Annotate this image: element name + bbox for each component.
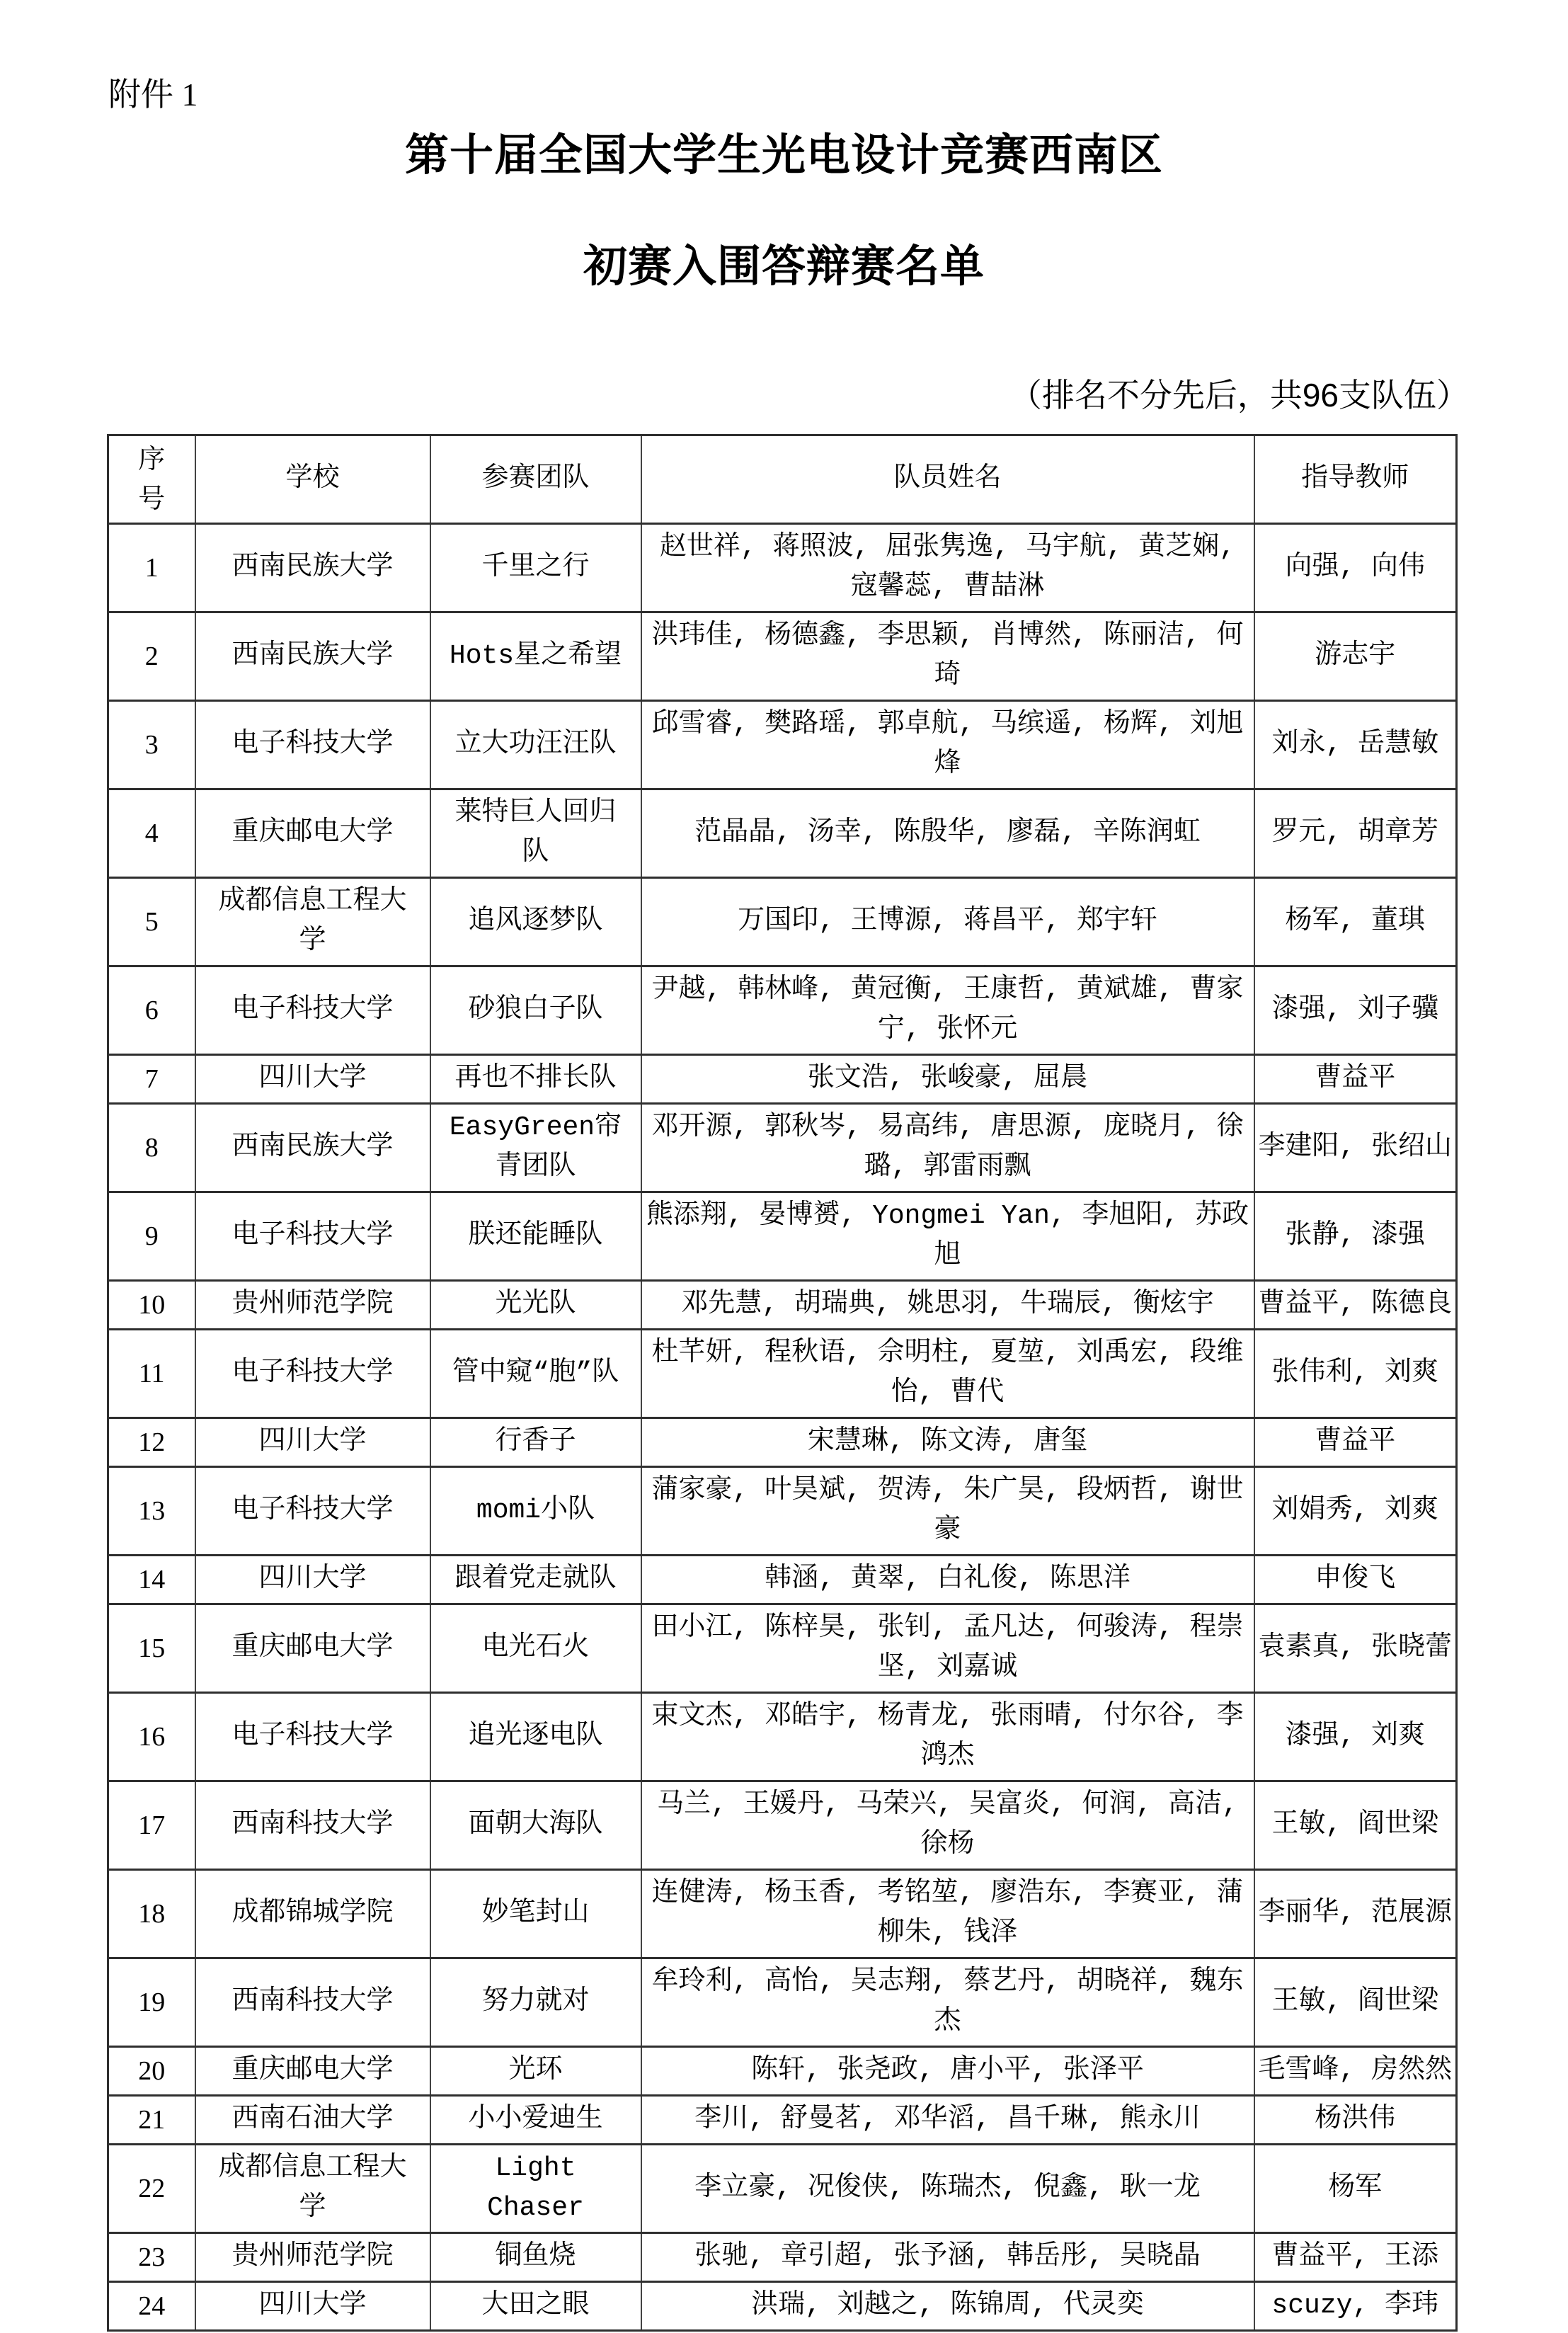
cell-school: 西南石油大学 bbox=[195, 2096, 430, 2145]
cell-advisors: 罗元, 胡章芳 bbox=[1254, 789, 1457, 878]
teams-table: 序号 学校 参赛团队 队员姓名 指导教师 1 西南民族大学 千里之行 赵世祥, … bbox=[107, 434, 1458, 2332]
cell-member-names: 蒲家豪, 叶昊斌, 贺涛, 朱广昊, 段炳哲, 谢世豪 bbox=[641, 1467, 1254, 1556]
table-row: 9 电子科技大学 朕还能睡队 熊添翔, 晏博赟, Yongmei Yan, 李旭… bbox=[108, 1192, 1457, 1281]
cell-team-name: Hots星之希望 bbox=[430, 612, 641, 701]
cell-row-number: 1 bbox=[108, 524, 195, 612]
cell-school: 电子科技大学 bbox=[195, 1693, 430, 1781]
cell-team-name: 光光队 bbox=[430, 1281, 641, 1330]
cell-row-number: 13 bbox=[108, 1467, 195, 1556]
cell-member-names: 马兰, 王媛丹, 马荣兴, 吴富炎, 何润, 高洁, 徐杨 bbox=[641, 1781, 1254, 1870]
cell-school: 四川大学 bbox=[195, 1418, 430, 1467]
cell-member-names: 洪瑞, 刘越之, 陈锦周, 代灵奕 bbox=[641, 2282, 1254, 2331]
cell-advisors: 毛雪峰, 房然然 bbox=[1254, 2047, 1457, 2096]
cell-member-names: 洪玮佳, 杨德鑫, 李思颖, 肖博然, 陈丽洁, 何琦 bbox=[641, 612, 1254, 701]
cell-school: 西南民族大学 bbox=[195, 524, 430, 612]
cell-school: 重庆邮电大学 bbox=[195, 2047, 430, 2096]
cell-member-names: 邓开源, 郭秋岑, 易高纬, 唐思源, 庞晓月, 徐璐, 郭雷雨飘 bbox=[641, 1104, 1254, 1192]
cell-member-names: 张文浩, 张峻豪, 屈晨 bbox=[641, 1055, 1254, 1104]
cell-team-name: 莱特巨人回归队 bbox=[430, 789, 641, 878]
cell-school: 西南科技大学 bbox=[195, 1958, 430, 2047]
table-row: 7 四川大学 再也不排长队 张文浩, 张峻豪, 屈晨 曹益平 bbox=[108, 1055, 1457, 1104]
cell-row-number: 8 bbox=[108, 1104, 195, 1192]
column-header-team: 参赛团队 bbox=[430, 435, 641, 524]
cell-team-name: momi小队 bbox=[430, 1467, 641, 1556]
cell-team-name: 妙笔封山 bbox=[430, 1870, 641, 1958]
cell-row-number: 19 bbox=[108, 1958, 195, 2047]
attachment-label: 附件 1 bbox=[108, 0, 1568, 114]
cell-row-number: 14 bbox=[108, 1556, 195, 1604]
cell-school: 电子科技大学 bbox=[195, 701, 430, 789]
cell-member-names: 尹越, 韩林峰, 黄冠衡, 王康哲, 黄斌雄, 曹家宁, 张怀元 bbox=[641, 966, 1254, 1055]
cell-school: 电子科技大学 bbox=[195, 1467, 430, 1556]
page-subtitle: 初赛入围答辩赛名单 bbox=[0, 242, 1568, 292]
cell-team-name: Light Chaser bbox=[430, 2145, 641, 2233]
column-header-no-label: 序号 bbox=[137, 440, 166, 519]
cell-row-number: 23 bbox=[108, 2233, 195, 2282]
cell-team-name: 砂狼白子队 bbox=[430, 966, 641, 1055]
cell-member-names: 赵世祥, 蒋照波, 屈张隽逸, 马宇航, 黄芝娴, 寇馨蕊, 曹喆淋 bbox=[641, 524, 1254, 612]
cell-row-number: 24 bbox=[108, 2282, 195, 2331]
cell-advisors: scuzy, 李玮 bbox=[1254, 2282, 1457, 2331]
cell-team-name: 面朝大海队 bbox=[430, 1781, 641, 1870]
table-row: 5 成都信息工程大学 追风逐梦队 万国印, 王博源, 蒋昌平, 郑宇轩 杨军, … bbox=[108, 878, 1457, 966]
cell-team-name: 立大功汪汪队 bbox=[430, 701, 641, 789]
cell-school: 重庆邮电大学 bbox=[195, 1604, 430, 1693]
table-row: 10 贵州师范学院 光光队 邓先慧, 胡瑞典, 姚思羽, 牛瑞辰, 衡炫宇 曹益… bbox=[108, 1281, 1457, 1330]
cell-advisors: 王敏, 阎世梁 bbox=[1254, 1781, 1457, 1870]
table-row: 19 西南科技大学 努力就对 牟玲利, 高怡, 吴志翔, 蔡艺丹, 胡晓祥, 魏… bbox=[108, 1958, 1457, 2047]
cell-advisors: 张静, 漆强 bbox=[1254, 1192, 1457, 1281]
cell-member-names: 范晶晶, 汤幸, 陈殷华, 廖磊, 辛陈润虹 bbox=[641, 789, 1254, 878]
cell-advisors: 杨洪伟 bbox=[1254, 2096, 1457, 2145]
table-row: 20 重庆邮电大学 光环 陈轩, 张尧政, 唐小平, 张泽平 毛雪峰, 房然然 bbox=[108, 2047, 1457, 2096]
cell-school: 成都锦城学院 bbox=[195, 1870, 430, 1958]
cell-row-number: 18 bbox=[108, 1870, 195, 1958]
cell-team-name: 行香子 bbox=[430, 1418, 641, 1467]
cell-team-name: EasyGreen帘青团队 bbox=[430, 1104, 641, 1192]
cell-member-names: 李立豪, 况俊侠, 陈瑞杰, 倪鑫, 耿一龙 bbox=[641, 2145, 1254, 2233]
cell-team-name: 小小爱迪生 bbox=[430, 2096, 641, 2145]
cell-team-name: 追风逐梦队 bbox=[430, 878, 641, 966]
cell-row-number: 6 bbox=[108, 966, 195, 1055]
table-row: 18 成都锦城学院 妙笔封山 连健涛, 杨玉香, 考铭堃, 廖浩东, 李赛亚, … bbox=[108, 1870, 1457, 1958]
cell-row-number: 2 bbox=[108, 612, 195, 701]
cell-row-number: 4 bbox=[108, 789, 195, 878]
table-body: 1 西南民族大学 千里之行 赵世祥, 蒋照波, 屈张隽逸, 马宇航, 黄芝娴, … bbox=[108, 524, 1457, 2331]
cell-member-names: 熊添翔, 晏博赟, Yongmei Yan, 李旭阳, 苏政旭 bbox=[641, 1192, 1254, 1281]
cell-advisors: 向强, 向伟 bbox=[1254, 524, 1457, 612]
cell-member-names: 束文杰, 邓皓宇, 杨青龙, 张雨晴, 付尔谷, 李鸿杰 bbox=[641, 1693, 1254, 1781]
cell-member-names: 邓先慧, 胡瑞典, 姚思羽, 牛瑞辰, 衡炫宇 bbox=[641, 1281, 1254, 1330]
table-row: 24 四川大学 大田之眼 洪瑞, 刘越之, 陈锦周, 代灵奕 scuzy, 李玮 bbox=[108, 2282, 1457, 2331]
cell-advisors: 曹益平, 王添 bbox=[1254, 2233, 1457, 2282]
cell-team-name: 光环 bbox=[430, 2047, 641, 2096]
column-header-members: 队员姓名 bbox=[641, 435, 1254, 524]
document-page: 附件 1 第十届全国大学生光电设计竞赛西南区 初赛入围答辩赛名单 （排名不分先后… bbox=[0, 0, 1568, 2332]
cell-member-names: 张驰, 章引超, 张予涵, 韩岳彤, 吴晓晶 bbox=[641, 2233, 1254, 2282]
team-count-note: （排名不分先后，共96支队伍） bbox=[0, 375, 1469, 416]
cell-team-name: 再也不排长队 bbox=[430, 1055, 641, 1104]
cell-member-names: 韩涵, 黄翠, 白礼俊, 陈思洋 bbox=[641, 1556, 1254, 1604]
table-row: 14 四川大学 跟着党走就队 韩涵, 黄翠, 白礼俊, 陈思洋 申俊飞 bbox=[108, 1556, 1457, 1604]
cell-member-names: 万国印, 王博源, 蒋昌平, 郑宇轩 bbox=[641, 878, 1254, 966]
column-header-advisors: 指导教师 bbox=[1254, 435, 1457, 524]
cell-school: 四川大学 bbox=[195, 2282, 430, 2331]
cell-row-number: 9 bbox=[108, 1192, 195, 1281]
cell-team-name: 跟着党走就队 bbox=[430, 1556, 641, 1604]
table-row: 12 四川大学 行香子 宋慧琳, 陈文涛, 唐玺 曹益平 bbox=[108, 1418, 1457, 1467]
cell-team-name: 管中窥“胞”队 bbox=[430, 1330, 641, 1418]
cell-row-number: 22 bbox=[108, 2145, 195, 2233]
cell-school: 重庆邮电大学 bbox=[195, 789, 430, 878]
cell-row-number: 12 bbox=[108, 1418, 195, 1467]
table-row: 16 电子科技大学 追光逐电队 束文杰, 邓皓宇, 杨青龙, 张雨晴, 付尔谷,… bbox=[108, 1693, 1457, 1781]
table-row: 17 西南科技大学 面朝大海队 马兰, 王媛丹, 马荣兴, 吴富炎, 何润, 高… bbox=[108, 1781, 1457, 1870]
cell-row-number: 17 bbox=[108, 1781, 195, 1870]
cell-advisors: 李建阳, 张绍山 bbox=[1254, 1104, 1457, 1192]
cell-team-name: 铜鱼烧 bbox=[430, 2233, 641, 2282]
cell-school: 成都信息工程大学 bbox=[195, 2145, 430, 2233]
cell-advisors: 申俊飞 bbox=[1254, 1556, 1457, 1604]
cell-advisors: 漆强, 刘子骥 bbox=[1254, 966, 1457, 1055]
page-title: 第十届全国大学生光电设计竞赛西南区 bbox=[0, 131, 1568, 181]
cell-school: 四川大学 bbox=[195, 1556, 430, 1604]
cell-school: 西南民族大学 bbox=[195, 612, 430, 701]
cell-advisors: 曹益平, 陈德良 bbox=[1254, 1281, 1457, 1330]
cell-team-name: 电光石火 bbox=[430, 1604, 641, 1693]
cell-member-names: 杜芊妍, 程秋语, 佘明柱, 夏堃, 刘禹宏, 段维怡, 曹代 bbox=[641, 1330, 1254, 1418]
cell-team-name: 千里之行 bbox=[430, 524, 641, 612]
cell-school: 电子科技大学 bbox=[195, 1192, 430, 1281]
cell-member-names: 邱雪睿, 樊路瑶, 郭卓航, 马缤遥, 杨辉, 刘旭烽 bbox=[641, 701, 1254, 789]
cell-member-names: 田小江, 陈梓昊, 张钊, 孟凡达, 何骏涛, 程崇坚, 刘嘉诚 bbox=[641, 1604, 1254, 1693]
table-row: 1 西南民族大学 千里之行 赵世祥, 蒋照波, 屈张隽逸, 马宇航, 黄芝娴, … bbox=[108, 524, 1457, 612]
column-header-school: 学校 bbox=[195, 435, 430, 524]
cell-advisors: 刘永, 岳慧敏 bbox=[1254, 701, 1457, 789]
cell-advisors: 袁素真, 张晓蕾 bbox=[1254, 1604, 1457, 1693]
cell-school: 贵州师范学院 bbox=[195, 1281, 430, 1330]
table-row: 22 成都信息工程大学 Light Chaser 李立豪, 况俊侠, 陈瑞杰, … bbox=[108, 2145, 1457, 2233]
cell-school: 西南民族大学 bbox=[195, 1104, 430, 1192]
cell-row-number: 11 bbox=[108, 1330, 195, 1418]
cell-school: 电子科技大学 bbox=[195, 1330, 430, 1418]
cell-advisors: 漆强, 刘爽 bbox=[1254, 1693, 1457, 1781]
table-row: 3 电子科技大学 立大功汪汪队 邱雪睿, 樊路瑶, 郭卓航, 马缤遥, 杨辉, … bbox=[108, 701, 1457, 789]
cell-row-number: 16 bbox=[108, 1693, 195, 1781]
column-header-no: 序号 bbox=[108, 435, 195, 524]
cell-team-name: 大田之眼 bbox=[430, 2282, 641, 2331]
cell-advisors: 杨军, 董琪 bbox=[1254, 878, 1457, 966]
cell-advisors: 杨军 bbox=[1254, 2145, 1457, 2233]
cell-advisors: 曹益平 bbox=[1254, 1055, 1457, 1104]
cell-row-number: 3 bbox=[108, 701, 195, 789]
table-row: 2 西南民族大学 Hots星之希望 洪玮佳, 杨德鑫, 李思颖, 肖博然, 陈丽… bbox=[108, 612, 1457, 701]
cell-member-names: 连健涛, 杨玉香, 考铭堃, 廖浩东, 李赛亚, 蒲柳朱, 钱泽 bbox=[641, 1870, 1254, 1958]
cell-team-name: 朕还能睡队 bbox=[430, 1192, 641, 1281]
table-row: 6 电子科技大学 砂狼白子队 尹越, 韩林峰, 黄冠衡, 王康哲, 黄斌雄, 曹… bbox=[108, 966, 1457, 1055]
cell-advisors: 张伟利, 刘爽 bbox=[1254, 1330, 1457, 1418]
table-row: 11 电子科技大学 管中窥“胞”队 杜芊妍, 程秋语, 佘明柱, 夏堃, 刘禹宏… bbox=[108, 1330, 1457, 1418]
cell-row-number: 5 bbox=[108, 878, 195, 966]
cell-member-names: 宋慧琳, 陈文涛, 唐玺 bbox=[641, 1418, 1254, 1467]
cell-advisors: 曹益平 bbox=[1254, 1418, 1457, 1467]
cell-member-names: 陈轩, 张尧政, 唐小平, 张泽平 bbox=[641, 2047, 1254, 2096]
cell-school: 四川大学 bbox=[195, 1055, 430, 1104]
table-row: 21 西南石油大学 小小爱迪生 李川, 舒曼茗, 邓华滔, 昌千琳, 熊永川 杨… bbox=[108, 2096, 1457, 2145]
table-row: 4 重庆邮电大学 莱特巨人回归队 范晶晶, 汤幸, 陈殷华, 廖磊, 辛陈润虹 … bbox=[108, 789, 1457, 878]
cell-advisors: 王敏, 阎世梁 bbox=[1254, 1958, 1457, 2047]
table-row: 13 电子科技大学 momi小队 蒲家豪, 叶昊斌, 贺涛, 朱广昊, 段炳哲,… bbox=[108, 1467, 1457, 1556]
cell-school: 成都信息工程大学 bbox=[195, 878, 430, 966]
cell-row-number: 21 bbox=[108, 2096, 195, 2145]
cell-team-name: 追光逐电队 bbox=[430, 1693, 641, 1781]
table-row: 23 贵州师范学院 铜鱼烧 张驰, 章引超, 张予涵, 韩岳彤, 吴晓晶 曹益平… bbox=[108, 2233, 1457, 2282]
cell-school: 西南科技大学 bbox=[195, 1781, 430, 1870]
cell-row-number: 10 bbox=[108, 1281, 195, 1330]
cell-row-number: 20 bbox=[108, 2047, 195, 2096]
cell-team-name: 努力就对 bbox=[430, 1958, 641, 2047]
cell-member-names: 李川, 舒曼茗, 邓华滔, 昌千琳, 熊永川 bbox=[641, 2096, 1254, 2145]
table-row: 15 重庆邮电大学 电光石火 田小江, 陈梓昊, 张钊, 孟凡达, 何骏涛, 程… bbox=[108, 1604, 1457, 1693]
table-row: 8 西南民族大学 EasyGreen帘青团队 邓开源, 郭秋岑, 易高纬, 唐思… bbox=[108, 1104, 1457, 1192]
cell-advisors: 刘娟秀, 刘爽 bbox=[1254, 1467, 1457, 1556]
table-header-row: 序号 学校 参赛团队 队员姓名 指导教师 bbox=[108, 435, 1457, 524]
cell-advisors: 游志宇 bbox=[1254, 612, 1457, 701]
cell-school: 电子科技大学 bbox=[195, 966, 430, 1055]
cell-row-number: 15 bbox=[108, 1604, 195, 1693]
cell-advisors: 李丽华, 范展源 bbox=[1254, 1870, 1457, 1958]
cell-member-names: 牟玲利, 高怡, 吴志翔, 蔡艺丹, 胡晓祥, 魏东杰 bbox=[641, 1958, 1254, 2047]
cell-row-number: 7 bbox=[108, 1055, 195, 1104]
cell-school: 贵州师范学院 bbox=[195, 2233, 430, 2282]
